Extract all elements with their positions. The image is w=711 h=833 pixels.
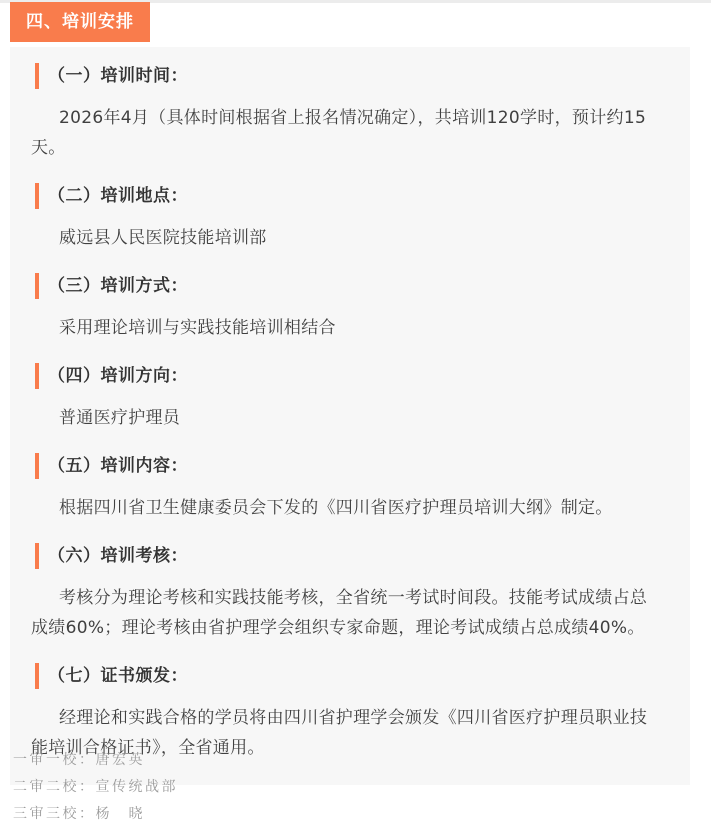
section-training-location: （二）培训地点： 威远县人民医院技能培训部 <box>31 183 664 253</box>
review-line-third: 三审三校：杨 晓 <box>13 801 178 828</box>
section-heading: （二）培训地点： <box>35 183 664 209</box>
article-page: 四、培训安排 （一）培训时间： 2026年4月（具体时间根据省上报名情况确定），… <box>0 0 711 833</box>
review-line-first: 一审一校：唐宏英 <box>13 747 178 774</box>
section-training-direction: （四）培训方向： 普通医疗护理员 <box>31 363 664 433</box>
section-paragraph: 考核分为理论考核和实践技能考核，全省统一考试时间段。技能考试成绩占总成绩60%；… <box>31 583 664 643</box>
section-training-content: （五）培训内容： 根据四川省卫生健康委员会下发的《四川省医疗护理员培训大纲》制定… <box>31 453 664 523</box>
training-arrangement-card: （一）培训时间： 2026年4月（具体时间根据省上报名情况确定），共培训120学… <box>10 47 690 785</box>
section-training-method: （三）培训方式： 采用理论培训与实践技能培训相结合 <box>31 273 664 343</box>
review-line-second: 二审二校：宣传统战部 <box>13 774 178 801</box>
section-training-assessment: （六）培训考核： 考核分为理论考核和实践技能考核，全省统一考试时间段。技能考试成… <box>31 543 664 643</box>
section-heading: （四）培训方向： <box>35 363 664 389</box>
section-heading: （一）培训时间： <box>35 63 664 89</box>
section-paragraph: 采用理论培训与实践技能培训相结合 <box>31 313 664 343</box>
section-training-time: （一）培训时间： 2026年4月（具体时间根据省上报名情况确定），共培训120学… <box>31 63 664 163</box>
section-paragraph: 根据四川省卫生健康委员会下发的《四川省医疗护理员培训大纲》制定。 <box>31 493 664 523</box>
section-heading: （七）证书颁发： <box>35 663 664 689</box>
section-heading: （五）培训内容： <box>35 453 664 479</box>
section-paragraph: 2026年4月（具体时间根据省上报名情况确定），共培训120学时，预计约15天。 <box>31 103 664 163</box>
section-title-badge: 四、培训安排 <box>10 2 150 42</box>
section-heading: （六）培训考核： <box>35 543 664 569</box>
section-paragraph: 普通医疗护理员 <box>31 403 664 433</box>
section-paragraph: 威远县人民医院技能培训部 <box>31 223 664 253</box>
review-footer: 一审一校：唐宏英 二审二校：宣传统战部 三审三校：杨 晓 <box>13 747 178 828</box>
section-heading: （三）培训方式： <box>35 273 664 299</box>
